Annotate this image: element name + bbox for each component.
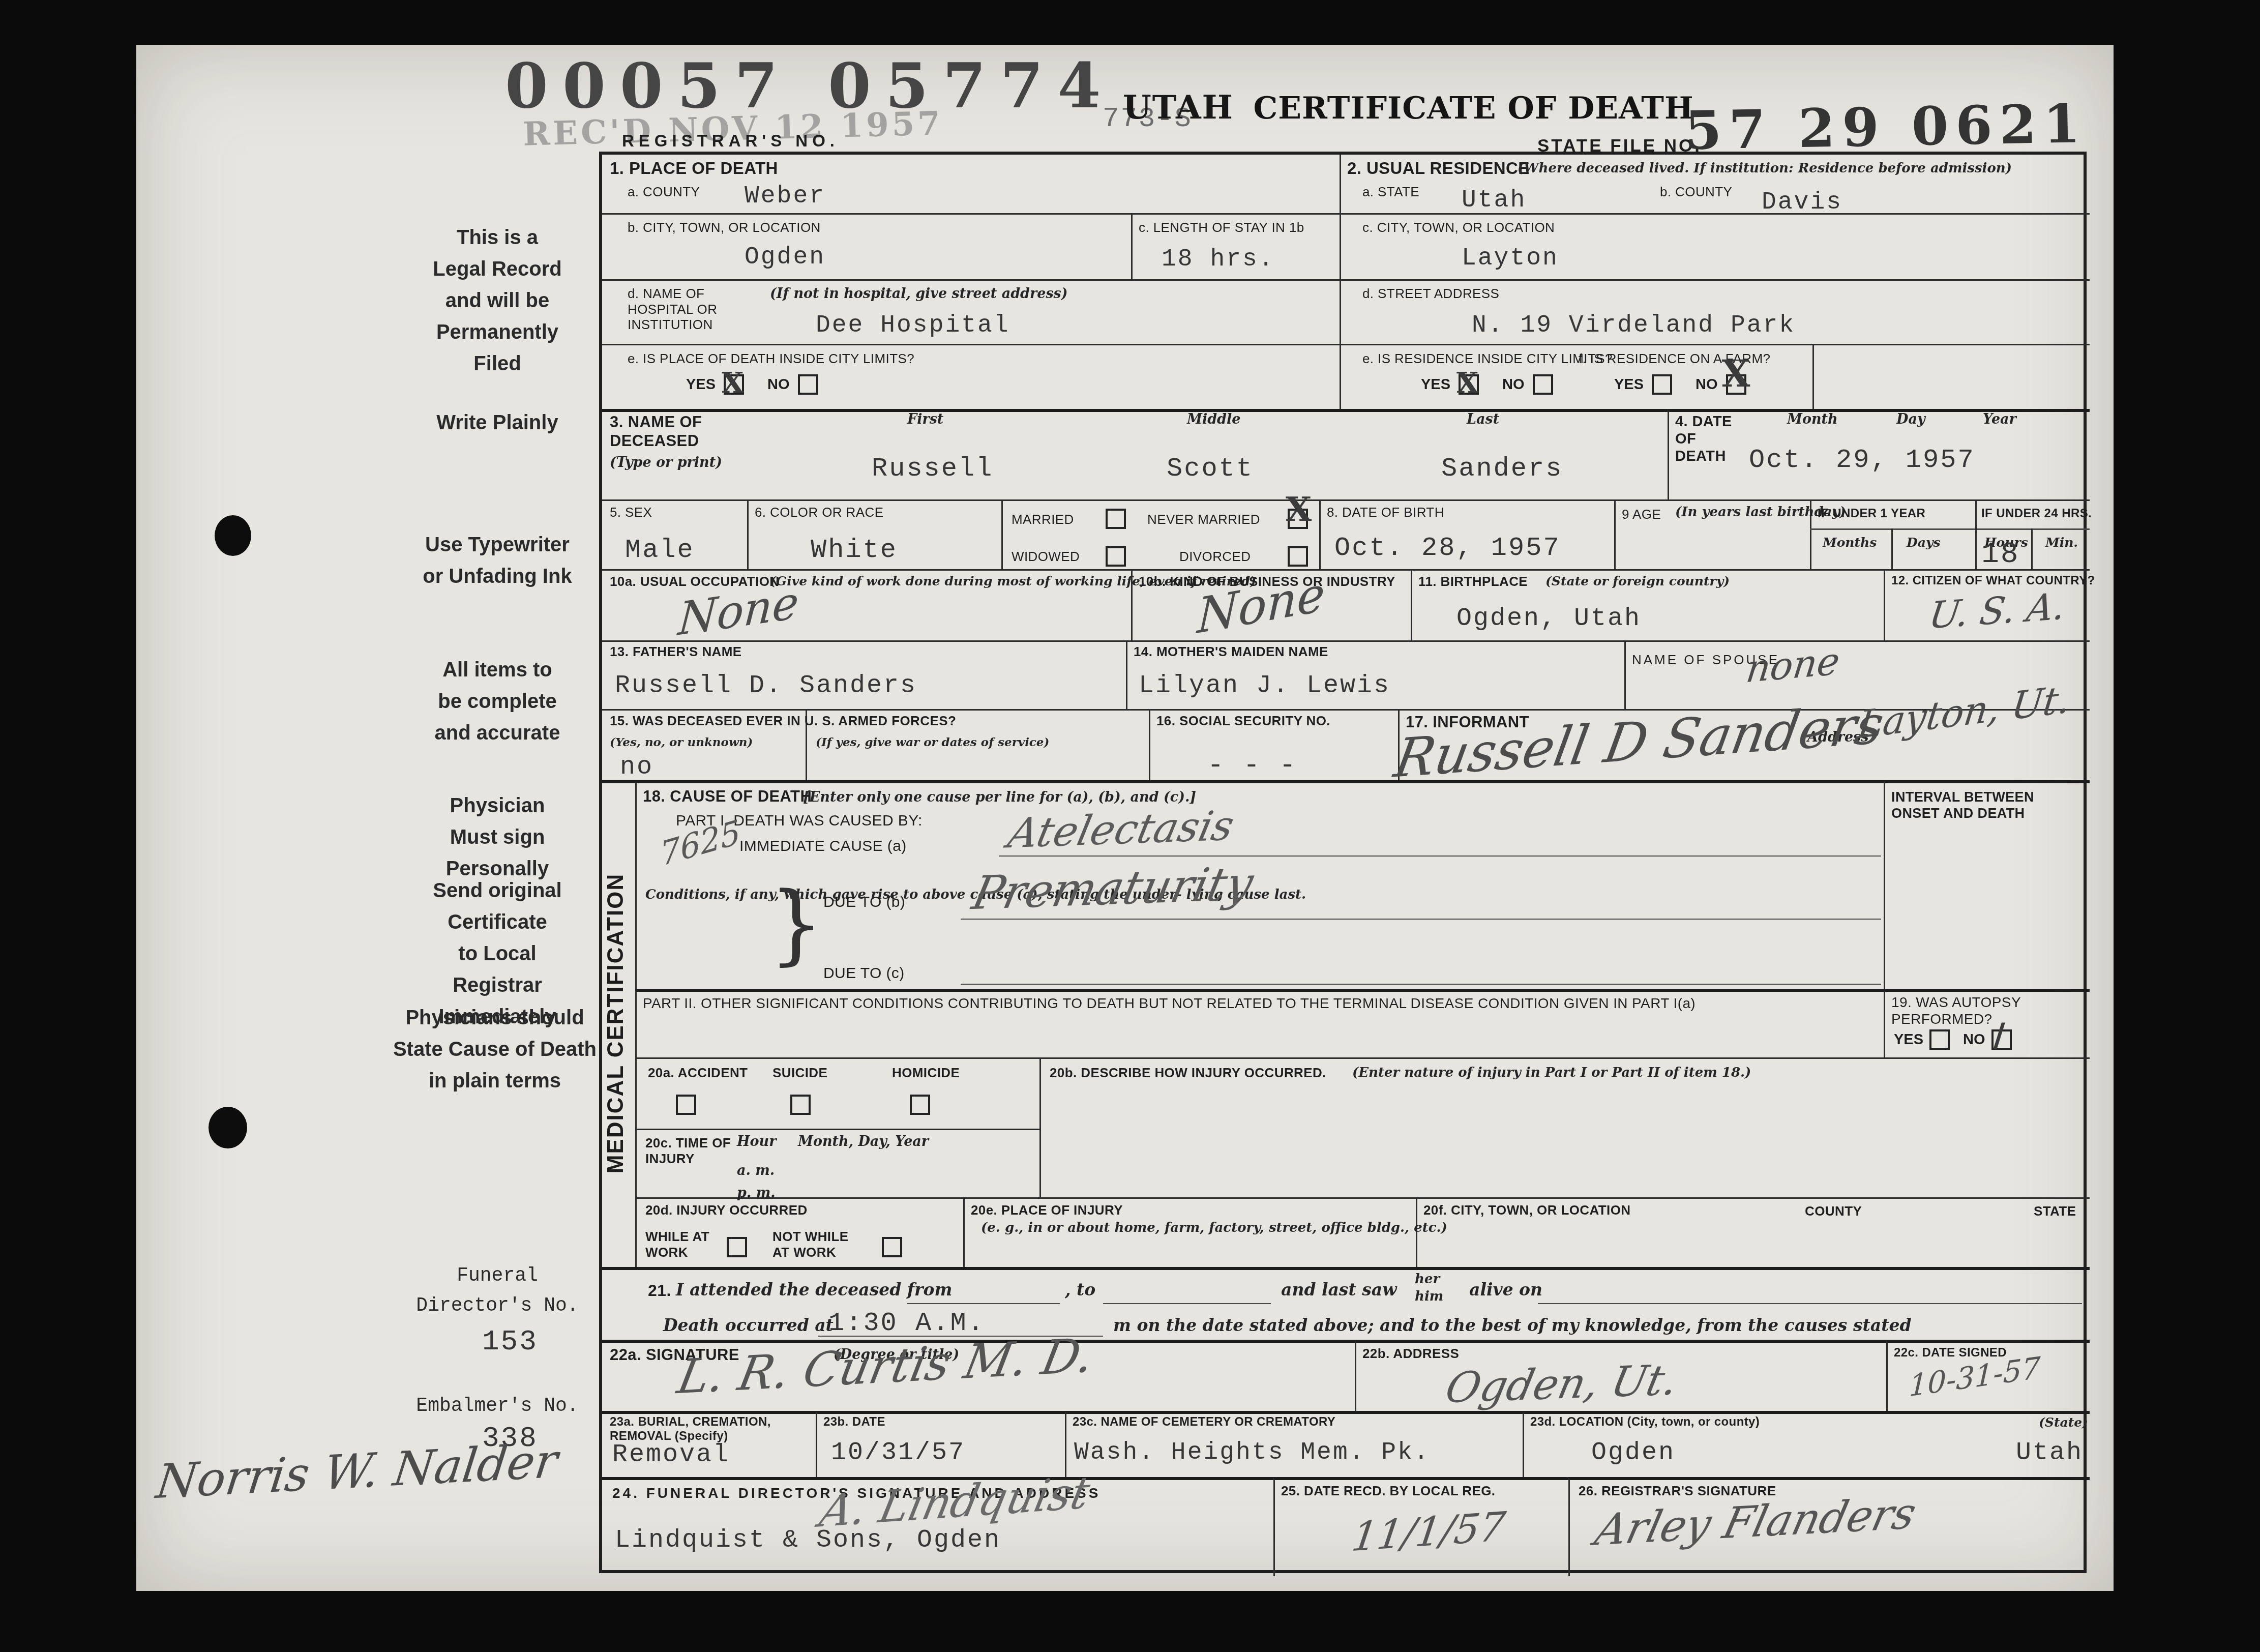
cemetery-label: 23c. NAME OF CEMETERY OR CREMATORY: [1073, 1415, 1335, 1429]
ssn-label: 16. SOCIAL SECURITY NO.: [1156, 713, 1330, 729]
date-received-label: 25. DATE RECD. BY LOCAL REG.: [1281, 1483, 1556, 1499]
month-day-year-label: Month, Day, Year: [798, 1134, 929, 1150]
place-of-death-title: 1. PLACE OF DEATH: [610, 159, 778, 179]
attended-blank-1: [907, 1303, 1060, 1304]
state-note: (State): [2039, 1415, 2088, 1430]
residence-city-limits-label: e. IS RESIDENCE INSIDE CITY LIMITS?: [1362, 351, 1613, 367]
residence-state-label: a. STATE: [1362, 184, 1419, 200]
scanned-death-certificate: 00057 05774 REC'D NOV 12 1957 773-S REGI…: [0, 0, 2260, 1652]
death-city-limits-label: e. IS PLACE OF DEATH INSIDE CITY LIMITS?: [628, 351, 914, 367]
birthplace-note: (State or foreign country): [1545, 574, 1730, 589]
hospital-label: d. NAME OF HOSPITAL OR INSTITUTION: [628, 286, 717, 333]
spouse-value: none: [1744, 642, 1841, 688]
embalmer-no-label: Embalmer's No.: [355, 1392, 640, 1422]
her-label: her: [1415, 1272, 1440, 1287]
suicide-checkbox: [790, 1095, 811, 1115]
funeral-director-no-value: 153: [482, 1327, 538, 1356]
suicide-label: SUICIDE: [772, 1065, 827, 1081]
married-checkbox: [1106, 509, 1126, 529]
cause-a-rule: [999, 855, 1881, 857]
birthplace-label: 11. BIRTHPLACE: [1418, 574, 1528, 589]
due-to-c-label: DUE TO (c): [823, 964, 905, 982]
x-mark: X: [1286, 489, 1312, 529]
armed-forces-note2: (If yes, give war or dates of service): [816, 735, 1049, 750]
title-state: UTAH: [1123, 88, 1234, 127]
divorced-checkbox: [1288, 546, 1308, 567]
months-header: Months: [1823, 535, 1877, 550]
middle-name-value: Scott: [1167, 456, 1254, 482]
cause-b-value: Prematurity: [968, 861, 1257, 917]
attended-text-1: I attended the deceased from: [676, 1280, 952, 1300]
medical-certification-strip: MEDICAL CERTIFICATION: [603, 789, 634, 1257]
hour-label: Hour: [737, 1134, 776, 1150]
no-label: NO: [767, 376, 790, 393]
color-race-label: 6. COLOR OR RACE: [755, 505, 883, 520]
part2-label: PART II. OTHER SIGNIFICANT CONDITIONS CO…: [643, 995, 1863, 1012]
margin-all-items: All items to be complete and accurate: [355, 654, 640, 749]
sex-label: 5. SEX: [610, 505, 652, 520]
citizen-value: U. S. A.: [1927, 587, 2068, 634]
residence-city-limits-yes-checkbox: X: [1459, 374, 1479, 395]
residence-state-value: Utah: [1462, 188, 1526, 213]
death-city-limits-no-checkbox: [798, 374, 818, 395]
death-occurred-text: Death occurred at: [663, 1315, 834, 1336]
am-label: a. m.: [737, 1163, 775, 1179]
attended-no: 21.: [648, 1281, 671, 1301]
while-at-work-checkbox: [727, 1237, 747, 1257]
usual-residence-title: 2. USUAL RESIDENCE: [1347, 159, 1530, 179]
cemetery-city-value: Ogden: [1591, 1440, 1675, 1466]
mother-name-label: 14. MOTHER'S MAIDEN NAME: [1134, 644, 1328, 660]
city-of-death-value: Ogden: [745, 245, 825, 270]
never-married-checkbox: X: [1288, 509, 1308, 529]
not-while-at-work-label: NOT WHILE AT WORK: [772, 1229, 848, 1260]
cause-of-death-title: 18. CAUSE OF DEATH: [643, 787, 812, 806]
cell-20b-cont: [1039, 1129, 2090, 1197]
age-hours-value: 18: [1981, 540, 2020, 570]
type-or-print-note: (Type or print): [610, 455, 722, 471]
autopsy-no-checkbox: /: [1991, 1029, 2012, 1050]
middle-header: Middle: [1187, 411, 1240, 428]
place-of-injury-label: 20e. PLACE OF INJURY: [971, 1202, 1123, 1218]
yes-label: YES: [1614, 376, 1644, 393]
attended-text-2: , to: [1065, 1280, 1095, 1300]
never-married-label: NEVER MARRIED: [1147, 512, 1260, 527]
homicide-label: HOMICIDE: [892, 1065, 960, 1081]
birthplace-value: Ogden, Utah: [1456, 606, 1641, 632]
interval-header: INTERVAL BETWEEN ONSET AND DEATH: [1891, 789, 2034, 822]
min-header: Min.: [2045, 535, 2078, 550]
widowed-label: WIDOWED: [1012, 549, 1080, 565]
age-label: 9 AGE: [1622, 507, 1661, 522]
yes-label: YES: [1421, 376, 1450, 393]
under-1-year-header: IF UNDER 1 YEAR: [1818, 507, 1925, 521]
cell-9-divider4: [2031, 528, 2033, 569]
armed-forces-note1: (Yes, no, or unknown): [610, 735, 753, 750]
title-main: CERTIFICATE OF DEATH: [1254, 91, 1694, 126]
attended-text-4: alive on: [1469, 1280, 1542, 1300]
death-city-limits-checks: YES X NO: [686, 374, 818, 395]
hospital-note: (If not in hospital, give street address…: [770, 286, 1068, 302]
usual-residence-note: (Where deceased lived. If institution: R…: [1518, 161, 2012, 176]
mother-name-value: Lilyan J. Lewis: [1139, 673, 1390, 699]
autopsy-yes-checkbox: [1929, 1029, 1950, 1050]
name-of-deceased-title: 3. NAME OF DECEASED: [610, 413, 702, 450]
cause-c-rule: [961, 984, 1881, 985]
accident-checkbox: [676, 1095, 696, 1115]
funeral-director-typed-value: Lindquist & Sons, Ogden: [615, 1528, 1001, 1553]
injury-county-label: COUNTY: [1805, 1203, 1862, 1219]
injury-city-label: 20f. CITY, TOWN, OR LOCATION: [1423, 1202, 1630, 1218]
margin-use-typewriter: Use Typewriter or Unfading Ink: [355, 529, 640, 592]
immediate-cause-label: IMMEDIATE CAUSE (a): [739, 837, 907, 855]
date-of-birth-label: 8. DATE OF BIRTH: [1327, 505, 1444, 520]
length-of-stay-value: 18 hrs.: [1162, 247, 1275, 272]
days-header: Days: [1907, 535, 1940, 550]
under-24-hrs-header: IF UNDER 24 HRS.: [1981, 507, 2092, 521]
punch-hole-bottom: [209, 1107, 247, 1148]
armed-forces-value: no: [620, 755, 653, 780]
yes-label: YES: [686, 376, 716, 393]
burial-date-label: 23b. DATE: [823, 1415, 885, 1429]
occupation-note: (Give kind of work done during most of w…: [770, 574, 1126, 589]
street-address-value: N. 19 Virdeland Park: [1472, 313, 1795, 338]
no-label: NO: [1696, 376, 1718, 393]
cell-2f: [1812, 344, 2090, 409]
residence-farm-yes-checkbox: [1652, 374, 1672, 395]
death-city-limits-yes-checkbox: X: [724, 374, 744, 395]
cause-a-value: Atelectasis: [1004, 805, 1237, 854]
x-mark: X: [722, 366, 744, 400]
residence-city-label: c. CITY, TOWN, OR LOCATION: [1362, 220, 1555, 235]
residence-city-limits-checks: YES X NO: [1421, 374, 1553, 395]
first-header: First: [907, 411, 943, 428]
margin-physician-sign: Physician Must sign Personally: [355, 790, 640, 884]
residence-county-label: b. COUNTY: [1660, 184, 1732, 200]
physician-address-label: 22b. ADDRESS: [1362, 1346, 1459, 1362]
first-name-value: Russell: [872, 456, 993, 482]
ssn-value: - - -: [1207, 752, 1297, 780]
residence-city-value: Layton: [1462, 246, 1559, 271]
no-label: NO: [1502, 376, 1525, 393]
punch-hole-top: [215, 515, 251, 556]
month-header: Month: [1787, 411, 1838, 428]
last-name-value: Sanders: [1441, 456, 1563, 482]
cell-9-header-rule: [1810, 528, 2090, 530]
due-to-b-label: DUE TO (b): [823, 893, 905, 911]
day-header: Day: [1896, 411, 1925, 428]
cell-9-divider3: [1975, 499, 1977, 569]
embalmer-signature: Norris W. Nalder: [154, 1437, 560, 1506]
residence-farm-checks: YES NO X: [1614, 374, 1746, 395]
funeral-director-no-label: Funeral Director's No.: [355, 1261, 640, 1321]
autopsy-checks: YES NO /: [1894, 1029, 2012, 1050]
date-of-death-title: 4. DATE OF DEATH: [1675, 413, 1732, 465]
residence-county-value: Davis: [1762, 190, 1842, 215]
registrars-no-label: REGISTRAR'S NO.: [622, 131, 839, 151]
place-of-injury-note: (e. g., in or about home, farm, factory,…: [981, 1220, 1447, 1236]
not-while-at-work-checkbox: [882, 1237, 902, 1257]
county-label: a. COUNTY: [628, 184, 700, 200]
widowed-checkbox: [1106, 546, 1126, 567]
cause-b-rule: [961, 919, 1881, 920]
time-of-injury-label: 20c. TIME OF INJURY: [645, 1135, 731, 1166]
color-race-value: White: [811, 537, 898, 564]
burial-value: Removal: [612, 1442, 730, 1468]
cause-of-death-bracket: [Enter only one cause per line for (a), …: [803, 789, 1196, 806]
residence-farm-no-checkbox: X: [1726, 374, 1746, 395]
slash-mark: /: [1994, 1016, 2005, 1054]
burial-date-value: 10/31/57: [831, 1440, 965, 1466]
injury-state-label: STATE: [2034, 1203, 2076, 1219]
homicide-checkbox: [910, 1095, 930, 1115]
margin-write-plainly: Write Plainly: [355, 407, 640, 438]
attended-blank-3: [1538, 1303, 2082, 1304]
married-label: MARRIED: [1012, 512, 1074, 527]
year-header: Year: [1983, 411, 2016, 428]
last-header: Last: [1467, 411, 1499, 428]
date-of-birth-value: Oct. 28, 1957: [1334, 535, 1561, 562]
while-at-work-label: WHILE AT WORK: [645, 1229, 709, 1260]
armed-forces-label: 15. WAS DECEASED EVER IN U. S. ARMED FOR…: [610, 713, 956, 729]
death-time-value: 1:30 A.M.: [828, 1310, 985, 1337]
sex-value: Male: [625, 537, 695, 564]
injury-occurred-label: 20b. DESCRIBE HOW INJURY OCCURRED.: [1050, 1065, 1326, 1081]
cemetery-location-label: 23d. LOCATION (City, town, or county): [1530, 1415, 1760, 1429]
cemetery-state-value: Utah: [2016, 1440, 2083, 1466]
city-of-death-label: b. CITY, TOWN, OR LOCATION: [628, 220, 821, 235]
date-of-death-value: Oct. 29, 1957: [1749, 447, 1975, 474]
length-of-stay-label: c. LENGTH OF STAY IN 1b: [1139, 220, 1304, 235]
registrar-signature-label: 26. REGISTRAR'S SIGNATURE: [1579, 1483, 1776, 1499]
pm-label: p. m.: [737, 1185, 776, 1201]
father-name-value: Russell D. Sanders: [615, 673, 917, 699]
cell-9-divider2: [1891, 528, 1893, 569]
residence-city-limits-no-checkbox: [1533, 374, 1553, 395]
x-mark: X: [1722, 352, 1750, 395]
him-label: him: [1415, 1289, 1443, 1305]
accident-label: 20a. ACCIDENT: [648, 1065, 748, 1081]
certificate-paper: 00057 05774 REC'D NOV 12 1957 773-S REGI…: [136, 45, 2114, 1591]
street-address-label: d. STREET ADDRESS: [1362, 286, 1499, 302]
hospital-value: Dee Hospital: [816, 313, 1010, 338]
x-mark: X: [1456, 366, 1478, 400]
margin-legal-record: This is a Legal Record and will be Perma…: [355, 222, 640, 379]
physician-address-value: Ogden, Ut.: [1442, 1360, 1681, 1410]
certificate-form: 1. PLACE OF DEATH a. COUNTY Weber b. CIT…: [599, 152, 2087, 1573]
injury-occurred-note: (Enter nature of injury in Part I or Par…: [1352, 1065, 1751, 1081]
county-value: Weber: [745, 184, 825, 209]
certificate-title: UTAH CERTIFICATE OF DEATH: [1123, 88, 1694, 127]
yes-label: YES: [1894, 1031, 1923, 1048]
date-received-value: 11/1/57: [1349, 1507, 1507, 1558]
burial-label: 23a. BURIAL, CREMATION, REMOVAL (Specify…: [610, 1415, 771, 1444]
no-label: NO: [1963, 1031, 1985, 1048]
cemetery-value: Wash. Heights Mem. Pk.: [1074, 1440, 1430, 1465]
attended-blank-2: [1103, 1303, 1271, 1304]
divorced-label: DIVORCED: [1179, 549, 1251, 565]
death-occurred-text-2: m on the date stated above; and to the b…: [1113, 1315, 1911, 1336]
attended-text-3: and last saw: [1281, 1280, 1397, 1300]
injury-occurred-where-label: 20d. INJURY OCCURRED: [645, 1202, 808, 1218]
conditions-brace: }: [769, 874, 824, 975]
father-name-label: 13. FATHER'S NAME: [610, 644, 742, 660]
